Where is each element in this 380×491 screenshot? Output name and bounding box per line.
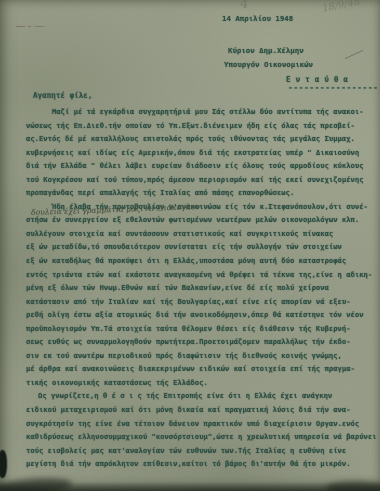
body-line: Μαζί μέ τά εγκάρδια συγχαρητήριά μου Σάς… <box>26 105 376 119</box>
scan-corner-shadow-left <box>0 476 73 491</box>
pencil-scribble-mark <box>16 16 50 22</box>
scanned-letter-page: 4 18/9/48 14 Απριλίου 1948 Κύριον Δημ.Χέ… <box>0 0 380 491</box>
body-line: μεγίστη διά τήν απρόκλητον επίθεσιν,καίτ… <box>26 457 376 471</box>
body-line: σεως ευθύς ως συναρμολογηθούν πρωτήτερα.… <box>26 335 376 349</box>
body-line: τού Κογκρέσου καί τού τύπου,πρός άμεσον … <box>26 173 376 187</box>
body-line: τικής οικονομικής καταστάσεως τής Ελλάδο… <box>26 376 376 390</box>
body-line: μένη εξ όλων τών Ηνωμ.Εθνών καί τών Βαλκ… <box>26 281 376 295</box>
body-line: εντός τριάντα ετών καί εκάστοτε αναγκασμ… <box>26 268 376 282</box>
body-line: προπαγάνδας περί απαλλαγής τής Ιταλίας α… <box>26 186 376 200</box>
scan-bottom-shadow <box>0 482 380 491</box>
scan-ink-blob <box>0 450 7 478</box>
body-line: συγκρότησίν της είνε ένα τέτοιον δάνειον… <box>26 417 376 431</box>
body-line: νώσεως τής Επ.Διεθ.τήν οποίαν τό Υπ.Εξωτ… <box>26 119 376 133</box>
body-line: προϋπολογισμόν Υπ.Τά στοιχεία ταύτα θέλο… <box>26 322 376 336</box>
body-line: ας.Εντός δέ μέ καταλλήλους επιστολάς πρό… <box>26 132 376 146</box>
body-line: Ως γνωρίζετε,η θ έ σ ι ς τής Επιτροπής ε… <box>26 389 376 403</box>
body-line: σιν εκ τού ανωτέρω περιοδικού πρός διαφώ… <box>26 349 376 363</box>
body-line: εξ ών καταδήλως θά προκύψει ότι η Ελλάς,… <box>26 254 376 268</box>
location-underline-dashes: ----------------- <box>288 83 378 92</box>
pencil-check-mark <box>345 50 364 59</box>
body-line: στήσω έν συνεργείον εξ εθελοντών φωτισμέ… <box>26 213 376 227</box>
salutation: Αγαπητέ φίλε, <box>33 91 92 100</box>
letter-body: Μαζί μέ τά εγκάρδια συγχαρητήριά μου Σάς… <box>26 105 376 471</box>
recipient-title: Υπουργόν Οικονομικών <box>224 60 313 69</box>
body-line: ρεθή ολίγη έστω αξία ατομικώς διά τήν αν… <box>26 308 376 322</box>
letter-date: 14 Απριλίου 1948 <box>222 14 293 23</box>
pencil-date-note: 18/9/48 <box>321 0 361 15</box>
scan-corner-shadow-right <box>326 481 380 491</box>
body-line: συλλέγουν στοιχεία καί συντάσσουν στατισ… <box>26 227 376 241</box>
body-line: ειδικού μεταχειρισμού καί ότι μόνη δικαί… <box>26 403 376 417</box>
body-line: διά τήν Ελλάδα " θέλει λάβει ευρείαν διά… <box>26 159 376 173</box>
recipient-name: Κύριον Δημ.Χέλμην <box>228 46 304 55</box>
body-line: τούς εισβολείς μας κατ'αναλογίαν τών ευθ… <box>26 444 376 458</box>
paragraph: Μαζί μέ τά εγκάρδια συγχαρητήριά μου Σάς… <box>26 105 376 200</box>
body-line: κατάστασιν από τήν Ιταλίαν καί τής Βουλγ… <box>26 295 376 309</box>
body-line: εξ ών μεταδίδω,τό σπουδαιότερον συνίστατ… <box>26 240 376 254</box>
body-line: κυβερνήσεις καί ιδίως είς Αμερικήν,όπου … <box>26 146 376 160</box>
body-line: μέ άρθρα καί ανακοινώσεις διακεκριμένων … <box>26 362 376 376</box>
body-line: καθιδρύσεως ελληνοσυμμαχικού "κονσόρτσιο… <box>26 430 376 444</box>
paragraph: Ήδη έλαβα τήν πρωτοβουλίαν ν'ανακοινώσω … <box>26 200 376 390</box>
paragraph: Ως γνωρίζετε,η θ έ σ ι ς τής Επιτροπής ε… <box>26 389 376 470</box>
pencil-page-number: 4 <box>239 0 249 12</box>
